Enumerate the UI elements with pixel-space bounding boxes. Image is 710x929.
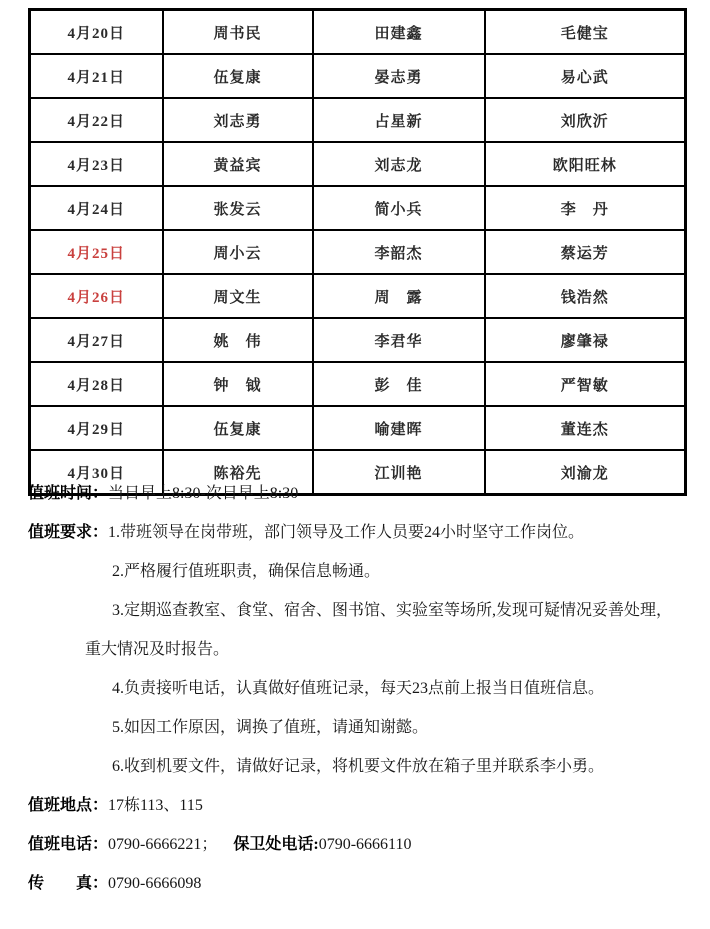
table-row: 4月21日 伍复康 晏志勇 易心武 xyxy=(30,54,686,98)
name-cell: 刘志龙 xyxy=(313,142,485,186)
duty-phone-value: 0790-6666221； xyxy=(108,836,217,853)
date-cell: 4月23日 xyxy=(30,142,163,186)
name-cell: 周书民 xyxy=(163,10,313,55)
name-cell: 钟 钺 xyxy=(163,362,313,406)
name-cell: 伍复康 xyxy=(163,406,313,450)
name-cell: 张发云 xyxy=(163,186,313,230)
duty-requirements-label: 值班要求： xyxy=(28,524,108,541)
fax-label: 传 真： xyxy=(28,875,108,892)
duty-time-label: 值班时间： xyxy=(28,485,108,502)
name-cell: 田建鑫 xyxy=(313,10,485,55)
name-cell: 易心武 xyxy=(485,54,686,98)
requirement-item-1: 1.带班领导在岗带班，部门领导及工作人员要24小时坚守工作岗位。 xyxy=(108,524,584,541)
fax-value: 0790-6666098 xyxy=(108,875,201,892)
name-cell: 欧阳旺林 xyxy=(485,142,686,186)
security-phone-value: 0790-6666110 xyxy=(319,836,412,853)
fax-line: 传 真：0790-6666098 xyxy=(28,874,698,893)
requirement-item-6: 6.收到机要文件，请做好记录，将机要文件放在箱子里并联系李小勇。 xyxy=(28,757,698,776)
name-cell: 黄益宾 xyxy=(163,142,313,186)
table-row: 4月28日 钟 钺 彭 佳 严智敏 xyxy=(30,362,686,406)
date-cell: 4月28日 xyxy=(30,362,163,406)
requirement-item-4: 4.负责接听电话，认真做好值班记录，每天23点前上报当日值班信息。 xyxy=(28,679,698,698)
date-cell-highlighted: 4月25日 xyxy=(30,230,163,274)
name-cell: 董连杰 xyxy=(485,406,686,450)
date-cell: 4月27日 xyxy=(30,318,163,362)
duty-time-value: 当日早上8:30-次日早上8:30 xyxy=(108,485,298,502)
name-cell: 李韶杰 xyxy=(313,230,485,274)
duty-time-line: 值班时间：当日早上8:30-次日早上8:30 xyxy=(28,484,698,503)
duty-location-label: 值班地点： xyxy=(28,797,108,814)
duty-roster-table: 4月20日 周书民 田建鑫 毛健宝 4月21日 伍复康 晏志勇 易心武 4月22… xyxy=(28,8,687,496)
duty-requirements-line-1: 值班要求：1.带班领导在岗带班，部门领导及工作人员要24小时坚守工作岗位。 xyxy=(28,523,698,542)
table-row: 4月23日 黄益宾 刘志龙 欧阳旺林 xyxy=(30,142,686,186)
name-cell: 刘志勇 xyxy=(163,98,313,142)
name-cell: 严智敏 xyxy=(485,362,686,406)
duty-info-section: 值班时间：当日早上8:30-次日早上8:30 值班要求：1.带班领导在岗带班，部… xyxy=(28,484,698,913)
name-cell: 占星新 xyxy=(313,98,485,142)
requirement-item-3: 3.定期巡查教室、食堂、宿舍、图书馆、实验室等场所,发现可疑情况妥善处理， xyxy=(28,601,698,620)
duty-location-value: 17栋113、115 xyxy=(108,797,203,814)
duty-phone-line: 值班电话：0790-6666221；保卫处电话:0790-6666110 xyxy=(28,835,698,854)
date-cell-highlighted: 4月26日 xyxy=(30,274,163,318)
name-cell: 蔡运芳 xyxy=(485,230,686,274)
table-row: 4月24日 张发云 简小兵 李 丹 xyxy=(30,186,686,230)
name-cell: 李 丹 xyxy=(485,186,686,230)
date-cell: 4月21日 xyxy=(30,54,163,98)
name-cell: 毛健宝 xyxy=(485,10,686,55)
table-row: 4月25日 周小云 李韶杰 蔡运芳 xyxy=(30,230,686,274)
duty-phone-label: 值班电话： xyxy=(28,836,108,853)
table-row: 4月22日 刘志勇 占星新 刘欣沂 xyxy=(30,98,686,142)
date-cell: 4月24日 xyxy=(30,186,163,230)
name-cell: 彭 佳 xyxy=(313,362,485,406)
table-row: 4月29日 伍复康 喻建晖 董连杰 xyxy=(30,406,686,450)
date-cell: 4月29日 xyxy=(30,406,163,450)
date-cell: 4月22日 xyxy=(30,98,163,142)
requirement-item-5: 5.如因工作原因，调换了值班，请通知谢懿。 xyxy=(28,718,698,737)
name-cell: 刘欣沂 xyxy=(485,98,686,142)
duty-roster-page: 4月20日 周书民 田建鑫 毛健宝 4月21日 伍复康 晏志勇 易心武 4月22… xyxy=(0,0,710,929)
name-cell: 李君华 xyxy=(313,318,485,362)
duty-location-line: 值班地点：17栋113、115 xyxy=(28,796,698,815)
name-cell: 周 露 xyxy=(313,274,485,318)
name-cell: 周小云 xyxy=(163,230,313,274)
name-cell: 简小兵 xyxy=(313,186,485,230)
security-phone-label: 保卫处电话: xyxy=(233,836,318,853)
table-row: 4月20日 周书民 田建鑫 毛健宝 xyxy=(30,10,686,55)
requirement-item-2: 2.严格履行值班职责，确保信息畅通。 xyxy=(28,562,698,581)
name-cell: 喻建晖 xyxy=(313,406,485,450)
table-row: 4月26日 周文生 周 露 钱浩然 xyxy=(30,274,686,318)
requirement-item-3-continued: 重大情况及时报告。 xyxy=(28,640,698,659)
name-cell: 伍复康 xyxy=(163,54,313,98)
name-cell: 廖肇禄 xyxy=(485,318,686,362)
date-cell: 4月20日 xyxy=(30,10,163,55)
name-cell: 晏志勇 xyxy=(313,54,485,98)
name-cell: 周文生 xyxy=(163,274,313,318)
name-cell: 姚 伟 xyxy=(163,318,313,362)
table-row: 4月27日 姚 伟 李君华 廖肇禄 xyxy=(30,318,686,362)
name-cell: 钱浩然 xyxy=(485,274,686,318)
